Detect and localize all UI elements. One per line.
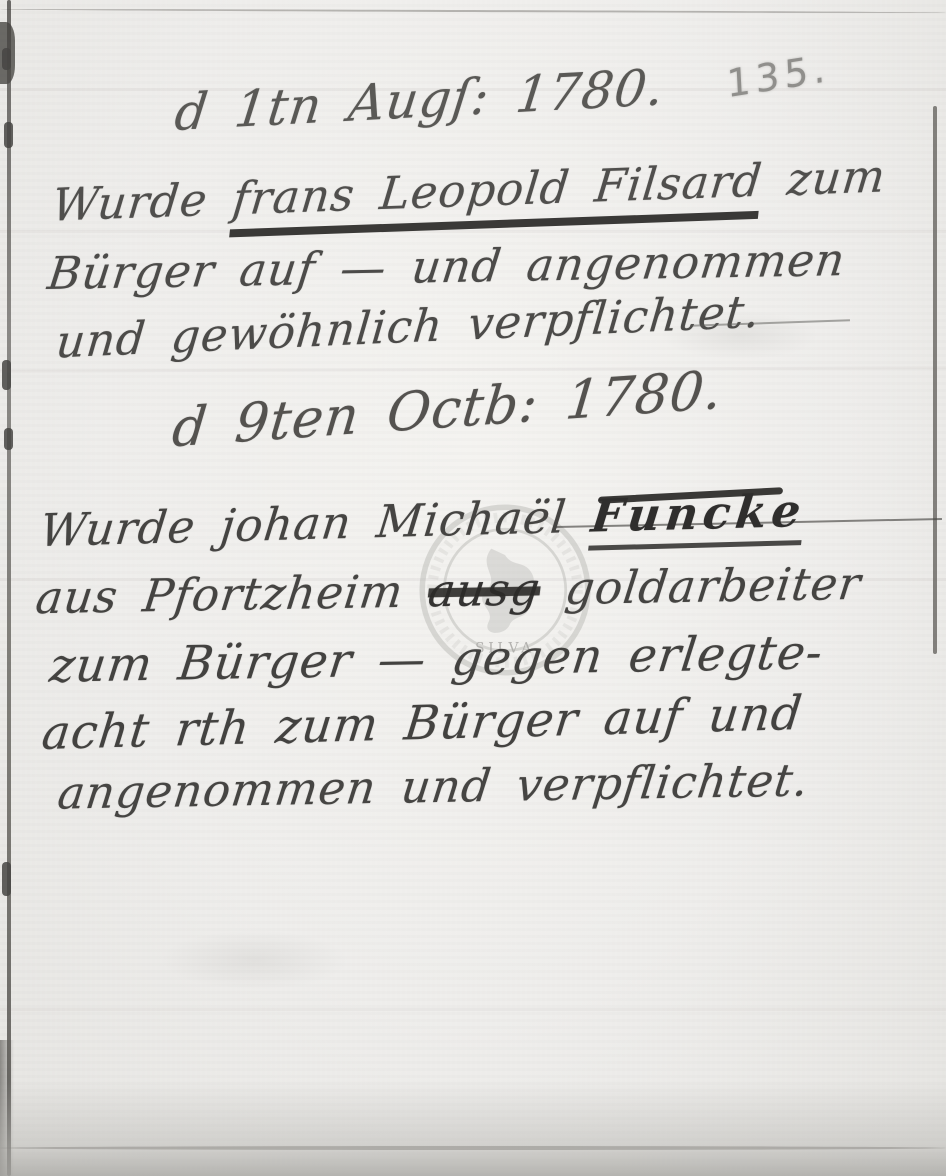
entry2-line-4: acht rth zum Bürger auf und [39,688,805,761]
entry1-line1-post: zum [759,149,888,207]
manuscript-page-scan: 135. SILVA d 1tn Augſ: 1780. Wurde frans… [0,0,946,1176]
binding-edge [7,0,11,1176]
paper-smudge [160,930,350,990]
entry2-underlined-name: Funcke [588,484,809,551]
entry2-date-line: d 9ten Octb: 1780. [170,360,726,458]
page-top-edge [0,8,946,13]
entry1-date-line: d 1tn Augſ: 1780. [172,59,668,141]
scan-streak [0,230,946,233]
entry2-line-3: zum Bürger — gegen erlegte- [47,627,826,693]
page-edge-mark [2,48,11,70]
page-edge-mark [4,428,13,450]
page-right-edge [933,106,937,654]
page-edge-mark [4,122,13,148]
entry2-line2-pre: aus Pfortzheim [33,564,432,624]
entry2-line2-post: goldarbeiter [537,557,864,616]
scan-streak [0,1008,946,1011]
entry1-line1-pre: Wurde [50,172,236,232]
entry1-underlined-name: frans Leopold Filsard [229,154,765,238]
entry2-line-2: aus Pfortzheim ausg goldarbeiter [33,559,864,624]
page-edge-mark [2,862,11,896]
entry1-line-1: Wurde frans Leopold Filsard zum [50,151,889,231]
entry2-line-5: angenommen und verpflichtet. [55,755,812,819]
page-bottom-edge [0,1146,946,1150]
page-bottom-shadow [0,1080,946,1176]
folio-page-number: 135. [725,46,831,107]
entry2-line-1: Wurde johan Michaël Funcke [37,486,808,557]
page-edge-mark [2,360,11,390]
entry2-crossed-out-word: ausg [425,562,543,617]
scan-streak [0,366,946,372]
entry1-line-3: und gewöhnlich verpflichtet. [54,287,763,368]
